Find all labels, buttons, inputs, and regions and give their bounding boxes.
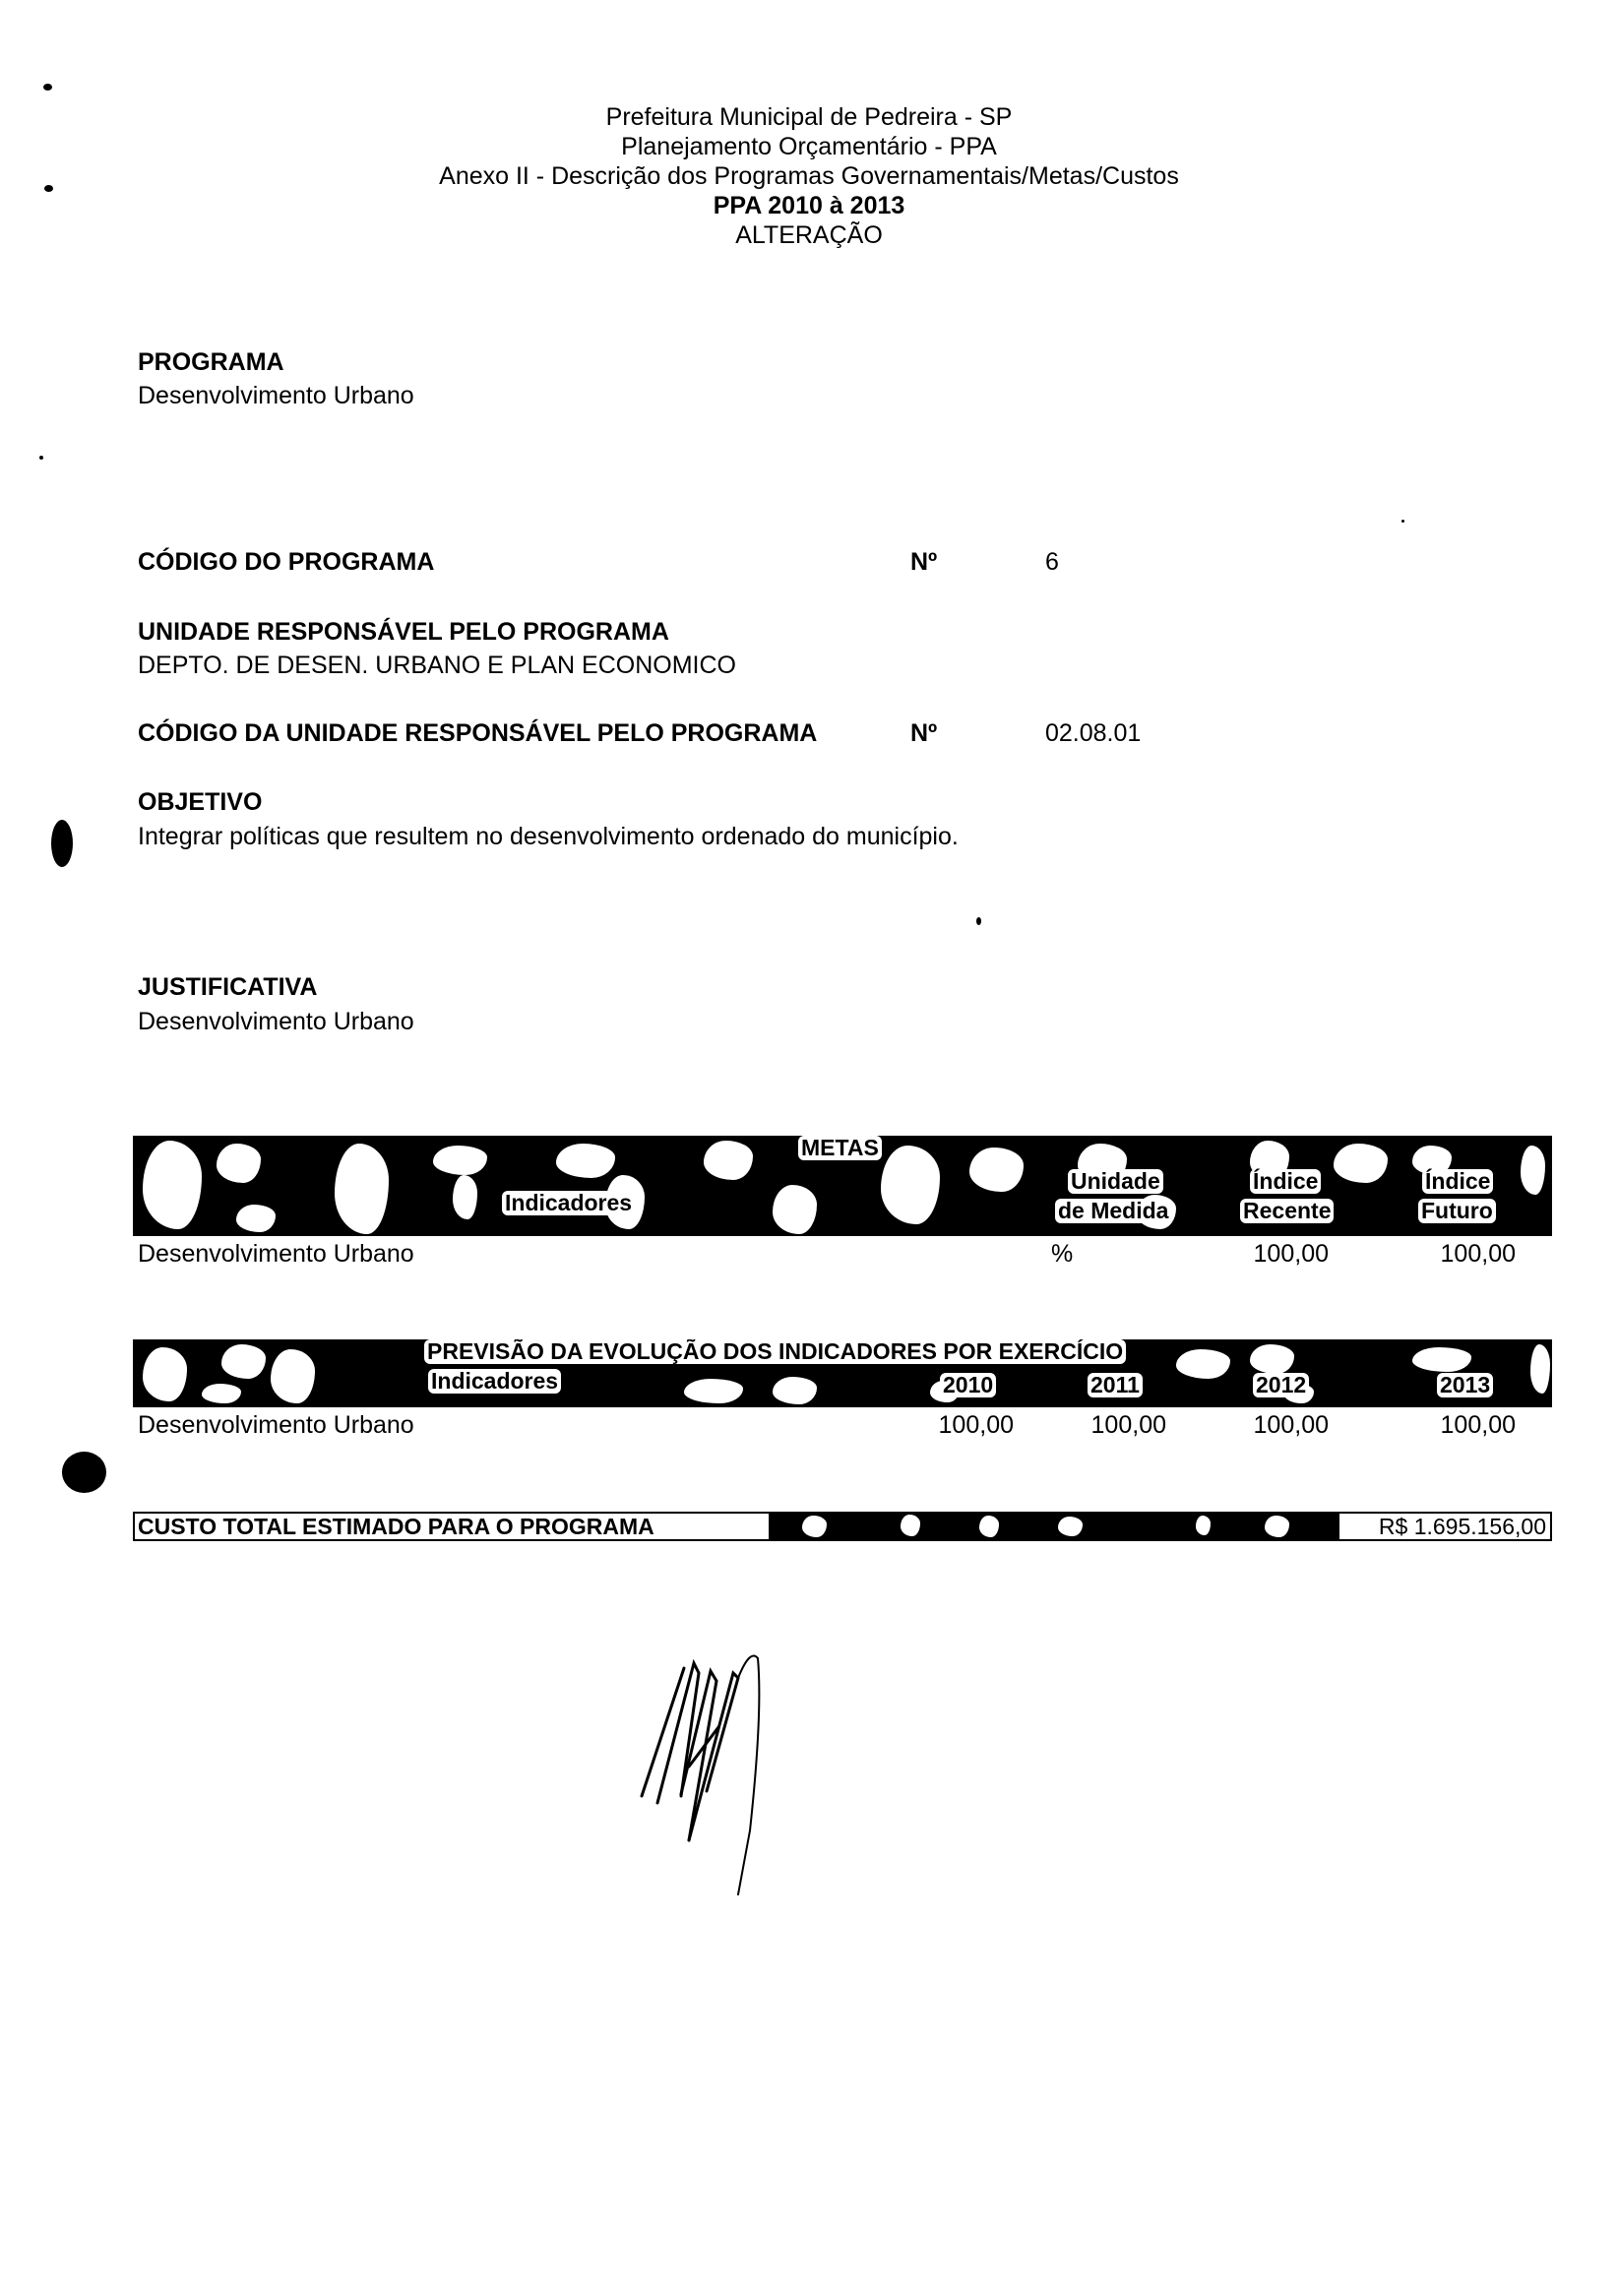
previsao-col-2010: 2010 <box>940 1373 996 1397</box>
custo-total-label: CUSTO TOTAL ESTIMADO PARA O PROGRAMA <box>133 1512 771 1541</box>
document-header: Prefeitura Municipal de Pedreira - SP Pl… <box>0 102 1618 250</box>
codigo-unidade-label: CÓDIGO DA UNIDADE RESPONSÁVEL PELO PROGR… <box>138 718 817 748</box>
previsao-row-2010: 100,00 <box>886 1410 1014 1440</box>
previsao-row-2011: 100,00 <box>1038 1410 1166 1440</box>
header-municipality: Prefeitura Municipal de Pedreira - SP <box>0 102 1618 132</box>
scan-mark <box>43 84 52 91</box>
programa-value: Desenvolvimento Urbano <box>138 381 414 410</box>
previsao-col-2012: 2012 <box>1253 1373 1309 1397</box>
previsao-row-indicador: Desenvolvimento Urbano <box>138 1410 414 1440</box>
punch-hole-mark <box>62 1452 106 1493</box>
codigo-unidade-value: 02.08.01 <box>1045 718 1141 748</box>
metas-row-indicador: Desenvolvimento Urbano <box>138 1239 414 1269</box>
custo-total-bar: CUSTO TOTAL ESTIMADO PARA O PROGRAMA R$ … <box>133 1512 1552 1541</box>
punch-hole-mark <box>51 820 73 867</box>
objetivo-value: Integrar políticas que resultem no desen… <box>138 822 959 851</box>
codigo-programa-no-label: Nº <box>910 547 937 577</box>
codigo-unidade-no-label: Nº <box>910 718 937 748</box>
unidade-responsavel-value: DEPTO. DE DESEN. URBANO E PLAN ECONOMICO <box>138 651 736 680</box>
justificativa-label: JUSTIFICATIVA <box>138 972 317 1002</box>
metas-row-indice-futuro: 100,00 <box>1388 1239 1516 1269</box>
objetivo-label: OBJETIVO <box>138 787 262 817</box>
metas-row-indice-recente: 100,00 <box>1201 1239 1329 1269</box>
metas-col-unidade-2: de Medida <box>1055 1199 1171 1223</box>
previsao-row-2013: 100,00 <box>1388 1410 1516 1440</box>
metas-col-recente-1: Índice <box>1250 1169 1321 1194</box>
previsao-row-2012: 100,00 <box>1201 1410 1329 1440</box>
metas-col-indicadores: Indicadores <box>502 1191 635 1215</box>
signature-icon <box>591 1634 846 1929</box>
justificativa-value: Desenvolvimento Urbano <box>138 1007 414 1036</box>
previsao-col-2013: 2013 <box>1437 1373 1493 1397</box>
header-annex: Anexo II - Descrição dos Programas Gover… <box>0 161 1618 191</box>
previsao-col-2011: 2011 <box>1088 1373 1143 1397</box>
codigo-programa-value: 6 <box>1045 547 1059 577</box>
previsao-col-indicadores: Indicadores <box>428 1369 561 1394</box>
codigo-programa-label: CÓDIGO DO PROGRAMA <box>138 547 434 577</box>
metas-col-recente-2: Recente <box>1240 1199 1334 1223</box>
header-ppa-period: PPA 2010 à 2013 <box>0 191 1618 220</box>
scan-mark <box>976 917 981 925</box>
programa-label: PROGRAMA <box>138 347 284 377</box>
header-planning: Planejamento Orçamentário - PPA <box>0 132 1618 161</box>
metas-header-band: METAS Indicadores Unidade de Medida Índi… <box>133 1136 1552 1236</box>
metas-row-unidade: % <box>1051 1239 1073 1269</box>
previsao-header-band: PREVISÃO DA EVOLUÇÃO DOS INDICADORES POR… <box>133 1339 1552 1407</box>
previsao-title: PREVISÃO DA EVOLUÇÃO DOS INDICADORES POR… <box>424 1339 1126 1364</box>
scan-mark <box>39 456 43 460</box>
metas-col-futuro-2: Futuro <box>1418 1199 1496 1223</box>
custo-total-value: R$ 1.695.156,00 <box>1338 1512 1552 1541</box>
unidade-responsavel-label: UNIDADE RESPONSÁVEL PELO PROGRAMA <box>138 617 669 647</box>
scan-mark <box>44 185 53 192</box>
metas-title: METAS <box>798 1136 882 1160</box>
scan-mark <box>1401 520 1404 523</box>
metas-col-unidade-1: Unidade <box>1068 1169 1163 1194</box>
header-alteracao: ALTERAÇÃO <box>0 220 1618 250</box>
metas-col-futuro-1: Índice <box>1422 1169 1493 1194</box>
